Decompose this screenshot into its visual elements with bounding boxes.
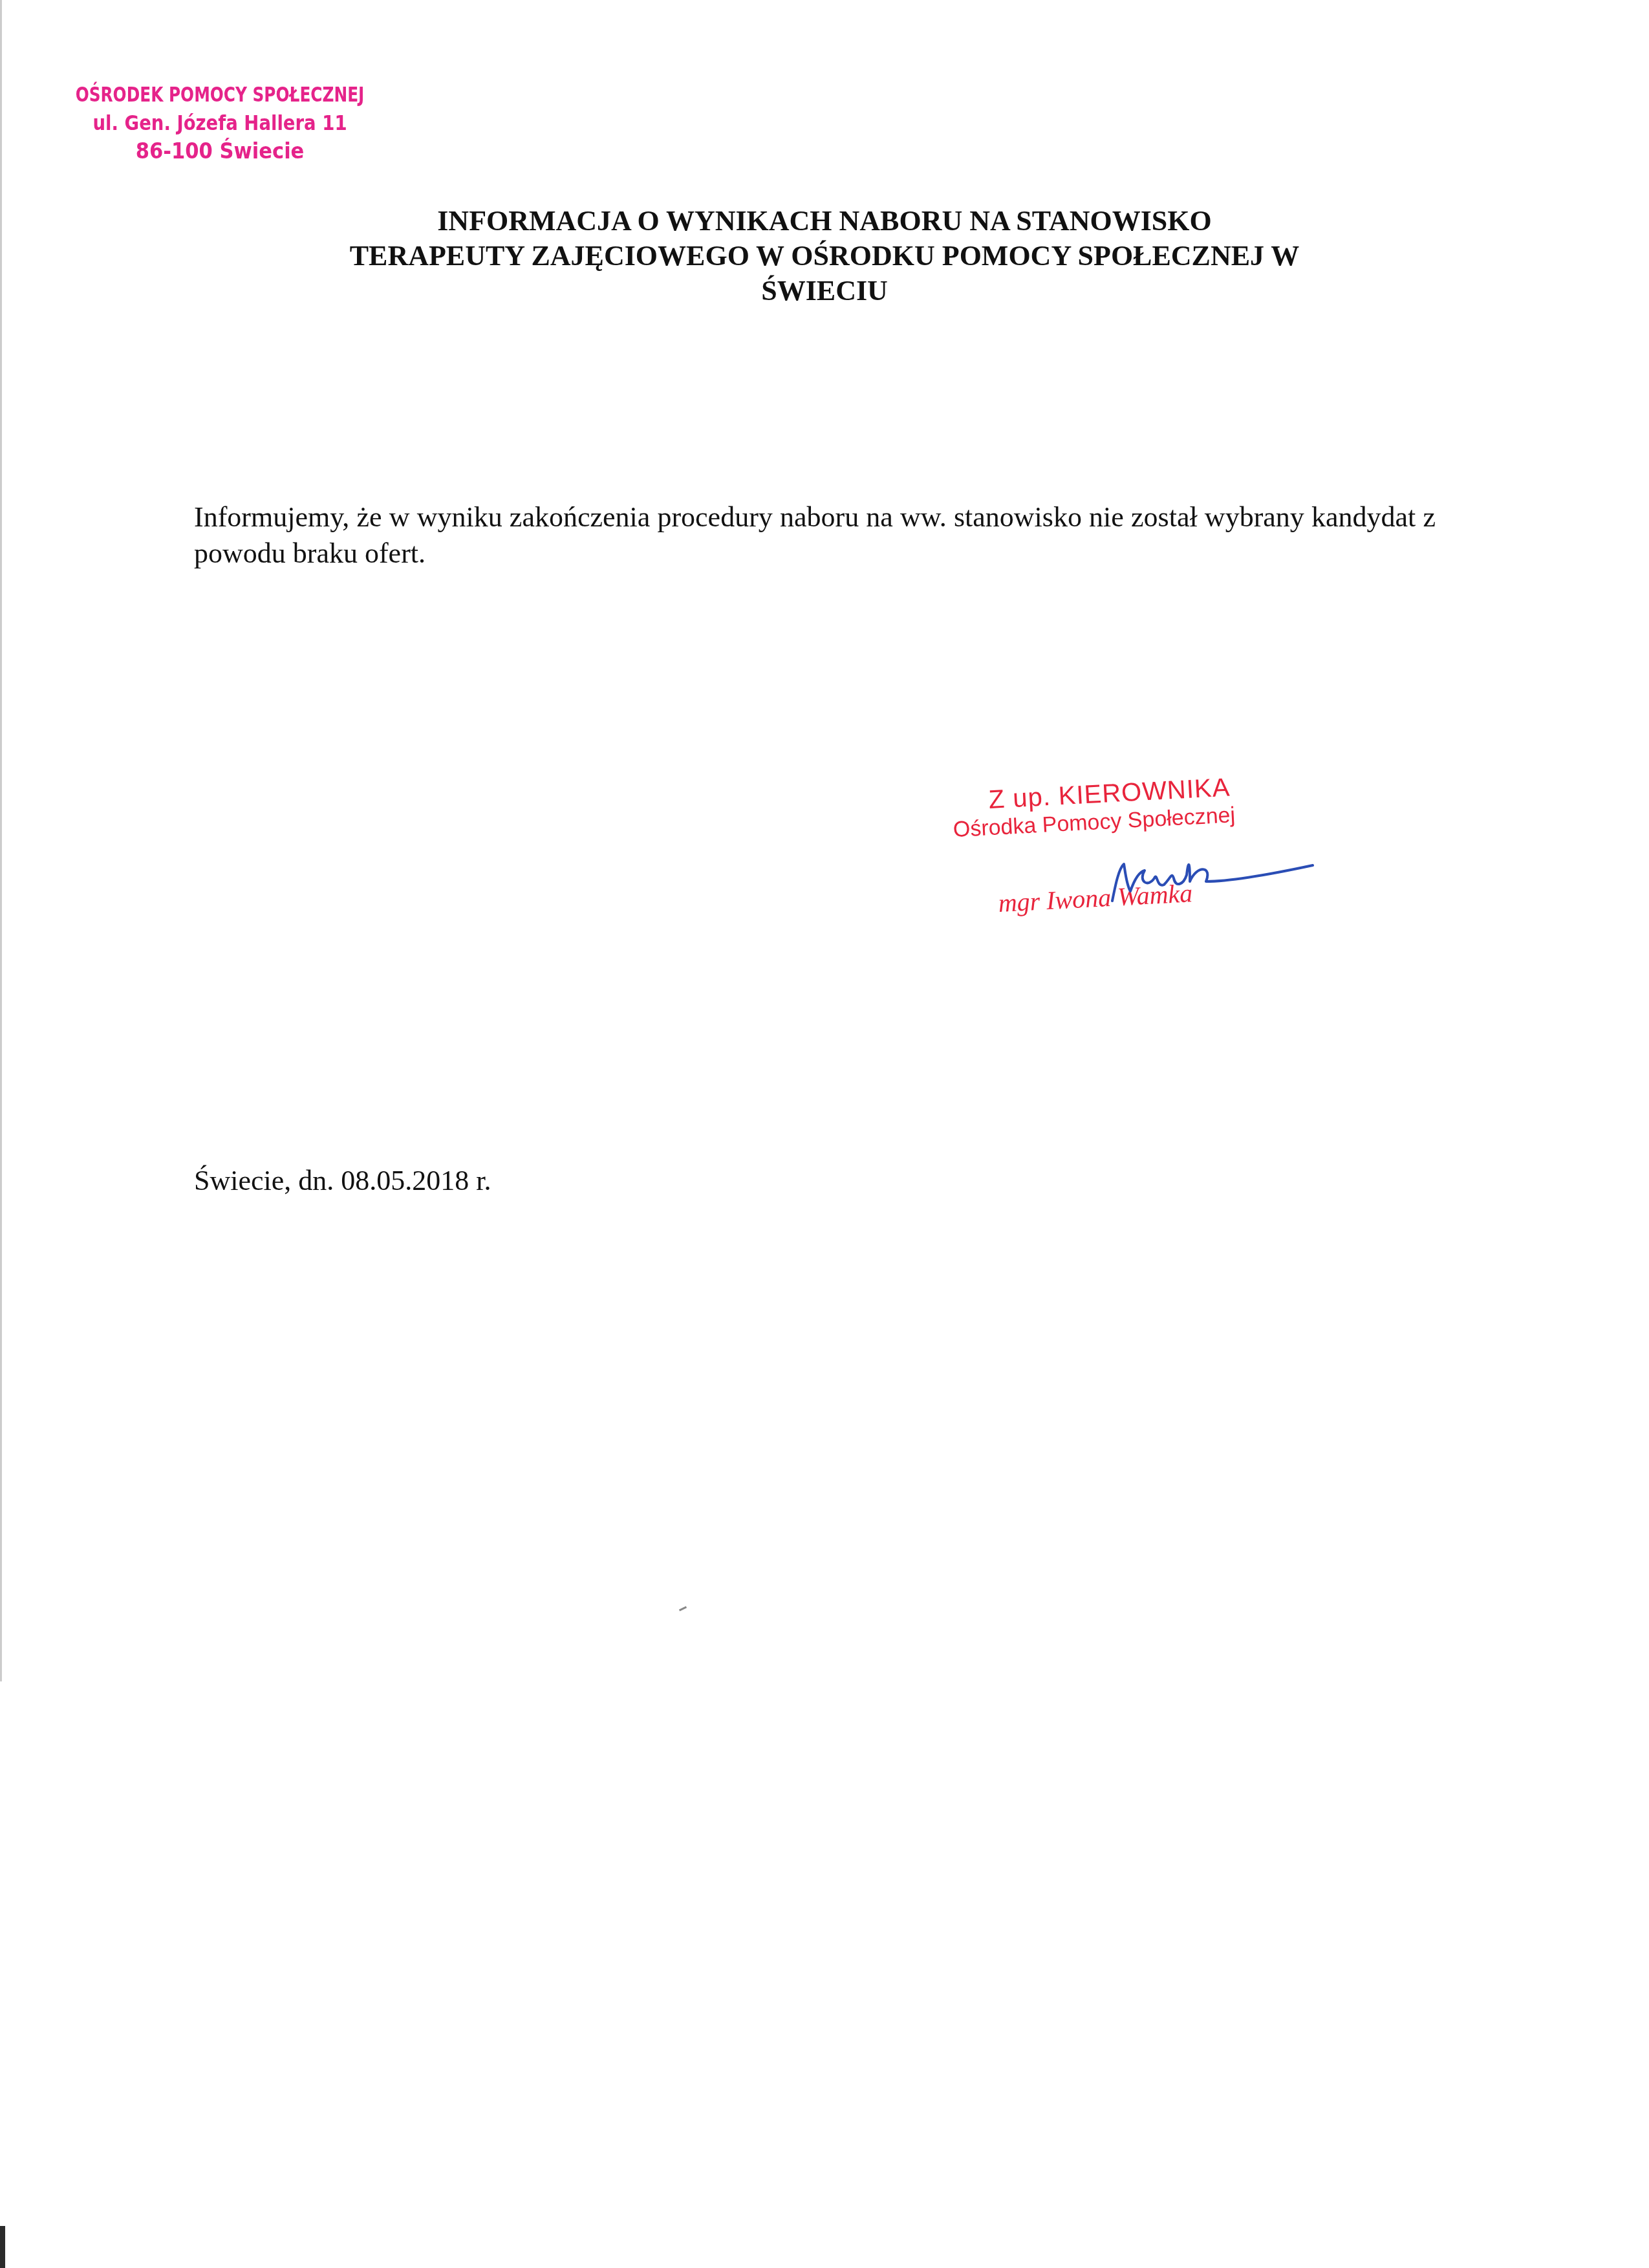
scan-speck bbox=[679, 1606, 687, 1612]
scan-edge-shadow bbox=[0, 0, 2, 1681]
stamp-institution-name: OŚRODEK POMOCY SPOŁECZNEJ bbox=[64, 80, 376, 109]
place-and-date: Świecie, dn. 08.05.2018 r. bbox=[194, 1164, 491, 1197]
body-paragraph: Informujemy, że w wyniku zakończenia pro… bbox=[194, 499, 1436, 572]
stamp-postal-city: 86-100 Świecie bbox=[57, 137, 383, 166]
document-title: INFORMACJA O WYNIKACH NABORU NA STANOWIS… bbox=[194, 204, 1455, 308]
title-line-2: TERAPEUTY ZAJĘCIOWEGO W OŚRODKU POMOCY S… bbox=[194, 239, 1455, 274]
title-line-1: INFORMACJA O WYNIKACH NABORU NA STANOWIS… bbox=[194, 204, 1455, 239]
institution-stamp: OŚRODEK POMOCY SPOŁECZNEJ ul. Gen. Józef… bbox=[39, 80, 401, 166]
handwritten-signature-icon bbox=[1099, 852, 1319, 904]
scan-edge-mark bbox=[0, 2226, 5, 2268]
title-line-3: ŚWIECIU bbox=[194, 274, 1455, 308]
document-page: OŚRODEK POMOCY SPOŁECZNEJ ul. Gen. Józef… bbox=[0, 0, 1649, 2268]
stamp-street-address: ul. Gen. Józefa Hallera 11 bbox=[64, 109, 376, 137]
